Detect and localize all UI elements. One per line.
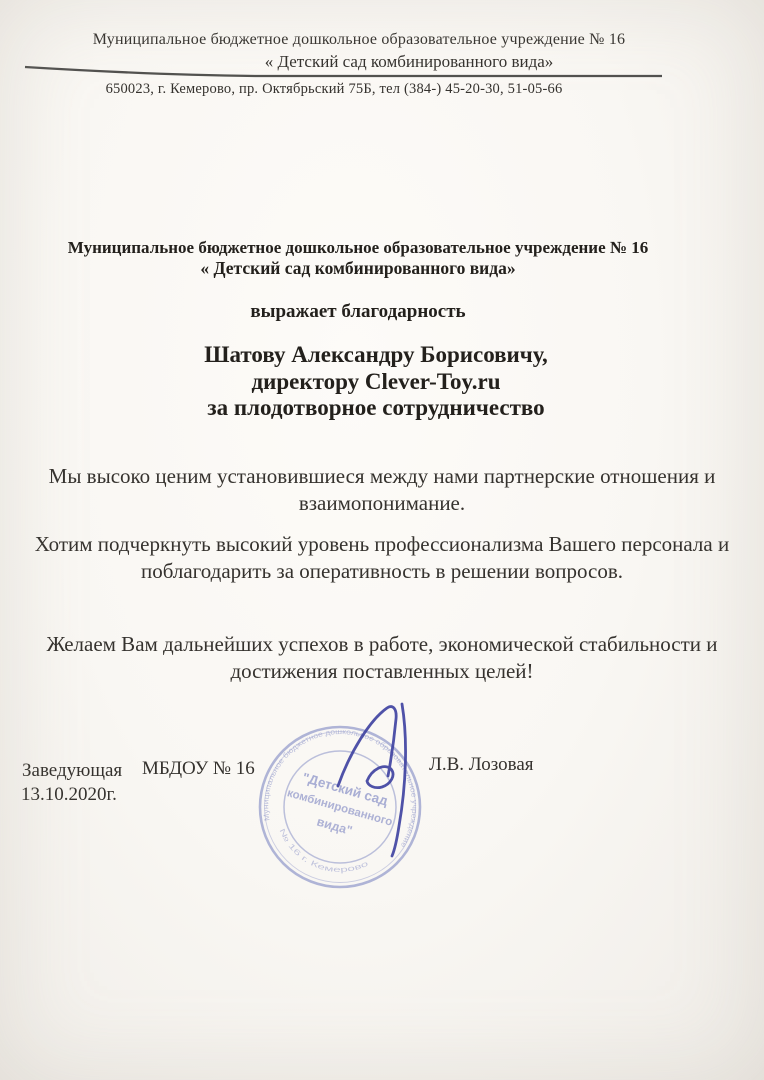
- body-org-line2: « Детский сад комбинированного вида»: [0, 258, 740, 279]
- recipient-role: директору Clever-Toy.ru: [0, 369, 758, 396]
- signer-position: Заведующая: [22, 760, 122, 782]
- gratitude-line: выражает благодарность: [0, 301, 740, 323]
- paragraph-wishes: Желаем Вам дальнейших успехов в работе, …: [12, 631, 752, 685]
- recipient-block: Шатову Александру Борисовичу, директору …: [0, 342, 758, 422]
- paragraph-professionalism: Хотим подчеркнуть высокий уровень профес…: [12, 531, 752, 585]
- signature-date: 13.10.2020г.: [21, 784, 117, 806]
- paragraph-partnership: Мы высоко ценим установившиеся между нам…: [12, 463, 752, 517]
- recipient-name: Шатову Александру Борисовичу,: [0, 342, 758, 369]
- recipient-reason: за плодотворное сотрудничество: [0, 395, 758, 422]
- scanned-gratitude-letter: Муниципальное бюджетное дошкольное образ…: [0, 0, 764, 1080]
- handwritten-signature: [305, 685, 485, 870]
- body-org-line1: Муниципальное бюджетное дошкольное образ…: [0, 237, 740, 258]
- letterhead-address: 650023, г. Кемерово, пр. Октябрьский 75Б…: [0, 81, 716, 98]
